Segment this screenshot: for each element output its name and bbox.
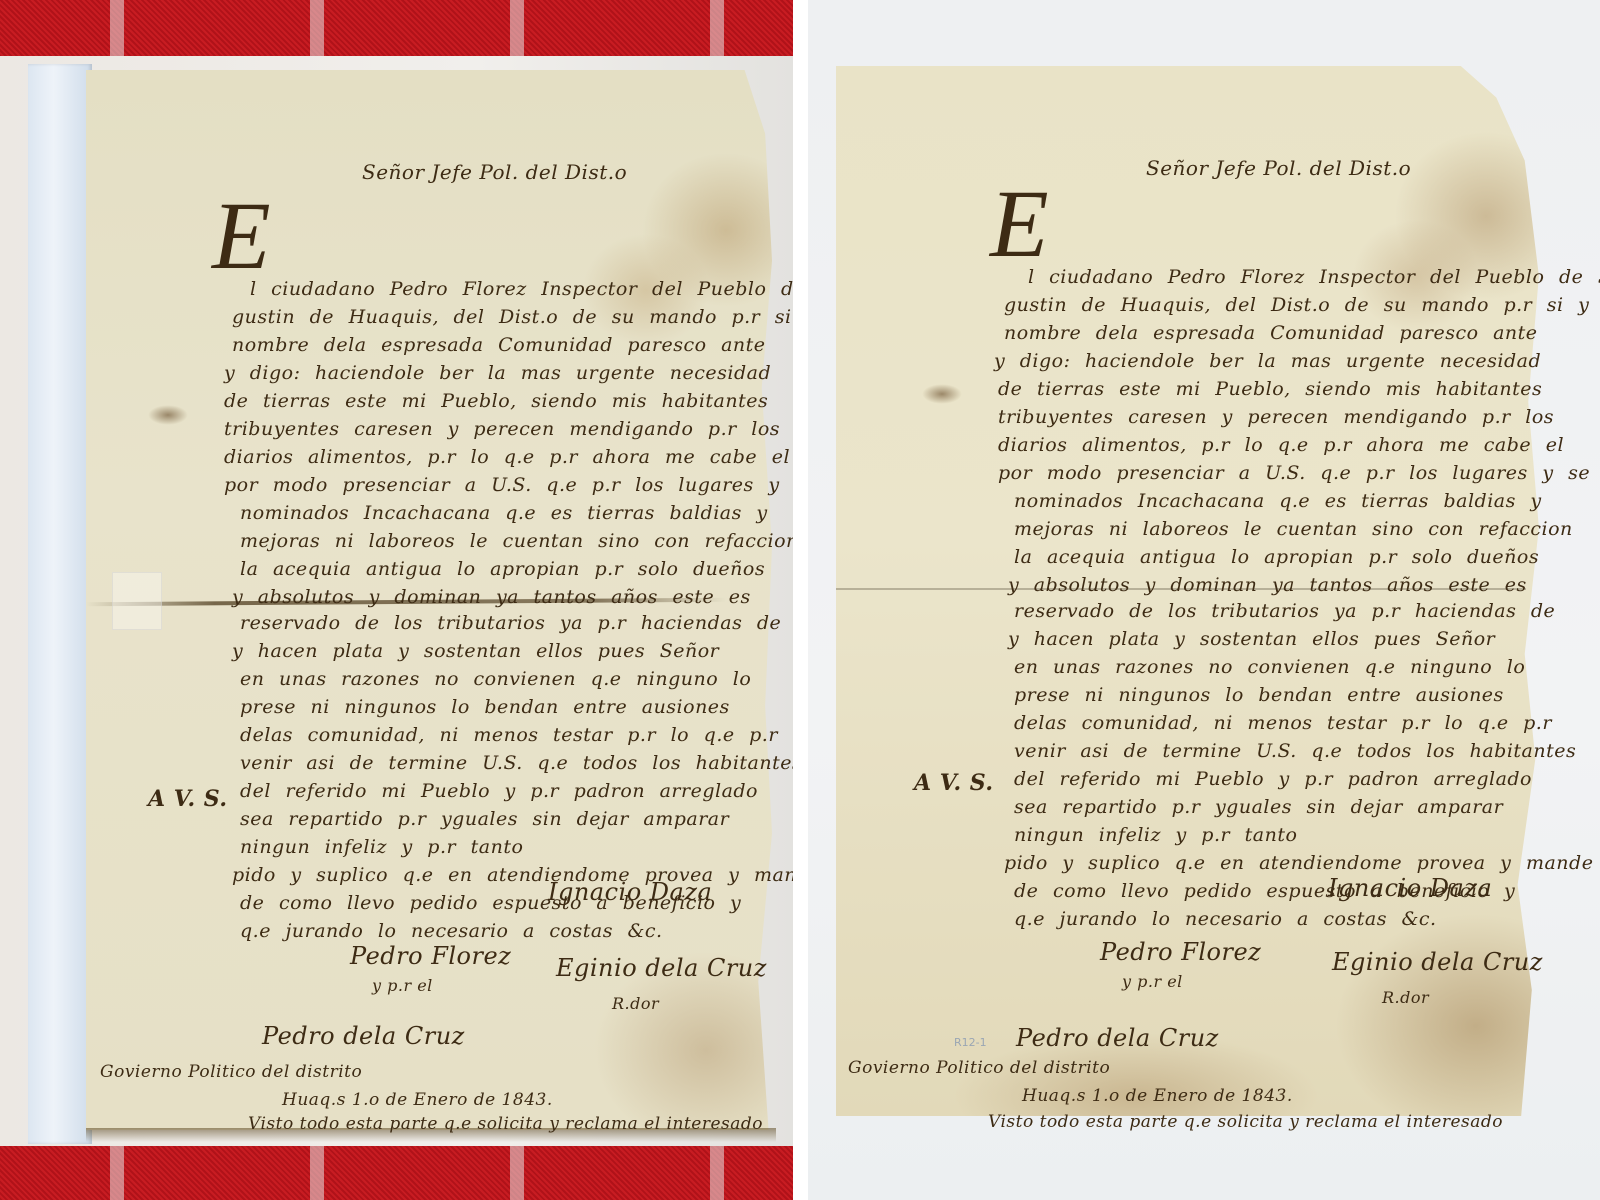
body-line: y hacen plata y sostentan ellos pues Señ… bbox=[1008, 628, 1495, 650]
body-line: reservado de los tributarios ya p.r haci… bbox=[240, 612, 781, 634]
body-line: y hacen plata y sostentan ellos pues Señ… bbox=[232, 640, 719, 662]
body-line: mejoras ni laboreos le cuentan sino con … bbox=[240, 530, 793, 552]
body-line: l ciudadano Pedro Florez Inspector del P… bbox=[1028, 266, 1600, 288]
body-line: y digo: haciendole ber la mas urgente ne… bbox=[994, 350, 1541, 372]
ink-blot bbox=[922, 384, 962, 404]
closing-signature: Ignacio Daza bbox=[548, 878, 712, 906]
body-line: q.e jurando lo necesario a costas &c. bbox=[1014, 908, 1437, 930]
body-line: pido y suplico q.e en atendiendome prove… bbox=[1004, 852, 1593, 874]
body-line: y absolutos y dominan ya tantos años est… bbox=[232, 586, 751, 608]
body-line: mejoras ni laboreos le cuentan sino con … bbox=[1014, 518, 1573, 540]
body-line: venir asi de termine U.S. q.e todos los … bbox=[240, 752, 793, 774]
body-line: nominados Incachacana q.e es tierras bal… bbox=[240, 502, 768, 524]
footer-line: Govierno Politico del distrito bbox=[100, 1062, 362, 1082]
body-line: tribuyentes caresen y perecen mendigando… bbox=[224, 418, 780, 440]
margin-note: A V. S. bbox=[914, 770, 994, 796]
body-line: delas comunidad, ni menos testar p.r lo … bbox=[1014, 712, 1552, 734]
body-line: en unas razones no convienen q.e ninguno… bbox=[1014, 656, 1525, 678]
body-line: de tierras este mi Pueblo, siendo mis ha… bbox=[998, 378, 1542, 400]
body-line: gustin de Huaquis, del Dist.o de su mand… bbox=[1004, 294, 1600, 316]
body-line: en unas razones no convienen q.e ninguno… bbox=[240, 668, 751, 690]
body-line: ningun infeliz y p.r tanto bbox=[1014, 824, 1297, 846]
decorative-initial: E bbox=[990, 176, 1049, 272]
ink-blot bbox=[148, 405, 188, 425]
body-line: y digo: haciendole ber la mas urgente ne… bbox=[224, 362, 771, 384]
body-line: del referido mi Pueblo y p.r padron arre… bbox=[240, 780, 758, 802]
body-line: venir asi de termine U.S. q.e todos los … bbox=[1014, 740, 1576, 762]
body-line: reservado de los tributarios ya p.r haci… bbox=[1014, 600, 1555, 622]
decorative-initial: E bbox=[212, 188, 271, 284]
body-line: del referido mi Pueblo y p.r padron arre… bbox=[1014, 768, 1532, 790]
salutation: Señor Jefe Pol. del Dist.o bbox=[362, 160, 627, 184]
footer-date: Huaq.s 1.o de Enero de 1843. bbox=[282, 1090, 553, 1110]
signature-pedro-florez: Pedro Florez bbox=[350, 942, 511, 970]
archive-mark: R12-1 bbox=[954, 1036, 987, 1049]
right-photograph: R12-1 Señor Jefe Pol. del Dist.o E l ciu… bbox=[808, 0, 1600, 1200]
body-line: l ciudadano Pedro Florez Inspector del P… bbox=[250, 278, 793, 300]
signature-eginio-dela-cruz: Eginio dela Cruz bbox=[556, 954, 767, 982]
body-line: y absolutos y dominan ya tantos años est… bbox=[1008, 574, 1527, 596]
footer-line: Visto todo esta parte q.e solicita y rec… bbox=[988, 1112, 1503, 1132]
body-line: la acequia antigua lo apropian p.r solo … bbox=[240, 558, 765, 580]
margin-note: A V. S. bbox=[148, 786, 228, 812]
repair-tape bbox=[112, 572, 162, 630]
body-line: nombre dela espresada Comunidad paresco … bbox=[1004, 322, 1538, 344]
body-line: ningun infeliz y p.r tanto bbox=[240, 836, 523, 858]
signature-title: y p.r el bbox=[372, 976, 433, 995]
footer-line: Visto todo esta parte q.e solicita y rec… bbox=[248, 1114, 763, 1134]
body-line: nominados Incachacana q.e es tierras bal… bbox=[1014, 490, 1542, 512]
left-photograph: Señor Jefe Pol. del Dist.o E l ciudadano… bbox=[0, 0, 793, 1200]
signature-pedro-dela-cruz: Pedro dela Cruz bbox=[262, 1022, 465, 1050]
body-line: gustin de Huaquis, del Dist.o de su mand… bbox=[232, 306, 793, 328]
body-line: tribuyentes caresen y perecen mendigando… bbox=[998, 406, 1554, 428]
signature-eginio-dela-cruz: Eginio dela Cruz bbox=[1332, 948, 1543, 976]
footer-date: Huaq.s 1.o de Enero de 1843. bbox=[1022, 1086, 1293, 1106]
body-line: sea repartido p.r yguales sin dejar ampa… bbox=[1014, 796, 1503, 818]
sleeve-spine bbox=[28, 64, 92, 1144]
body-line: sea repartido p.r yguales sin dejar ampa… bbox=[240, 808, 729, 830]
body-line: por modo presenciar a U.S. q.e p.r los l… bbox=[998, 462, 1590, 484]
body-line: la acequia antigua lo apropian p.r solo … bbox=[1014, 546, 1539, 568]
body-line: diarios alimentos, p.r lo q.e p.r ahora … bbox=[224, 446, 790, 468]
body-line: diarios alimentos, p.r lo q.e p.r ahora … bbox=[998, 434, 1564, 456]
signature-pedro-florez: Pedro Florez bbox=[1100, 938, 1261, 966]
footer-line: Govierno Politico del distrito bbox=[848, 1058, 1110, 1078]
body-line: nombre dela espresada Comunidad paresco … bbox=[232, 334, 766, 356]
body-line: delas comunidad, ni menos testar p.r lo … bbox=[240, 724, 778, 746]
signature-title: R.dor bbox=[1382, 988, 1429, 1007]
body-line: por modo presenciar a U.S. q.e p.r los l… bbox=[224, 474, 793, 496]
signature-title: R.dor bbox=[612, 994, 659, 1013]
salutation: Señor Jefe Pol. del Dist.o bbox=[1146, 156, 1411, 180]
closing-signature: Ignacio Daza bbox=[1328, 874, 1492, 902]
photo-divider bbox=[793, 0, 808, 1200]
body-line: q.e jurando lo necesario a costas &c. bbox=[240, 920, 663, 942]
body-line: prese ni ningunos lo bendan entre ausion… bbox=[1014, 684, 1504, 706]
body-line: de tierras este mi Pueblo, siendo mis ha… bbox=[224, 390, 768, 412]
signature-pedro-dela-cruz: Pedro dela Cruz bbox=[1016, 1024, 1219, 1052]
signature-title: y p.r el bbox=[1122, 972, 1183, 991]
body-line: prese ni ningunos lo bendan entre ausion… bbox=[240, 696, 730, 718]
